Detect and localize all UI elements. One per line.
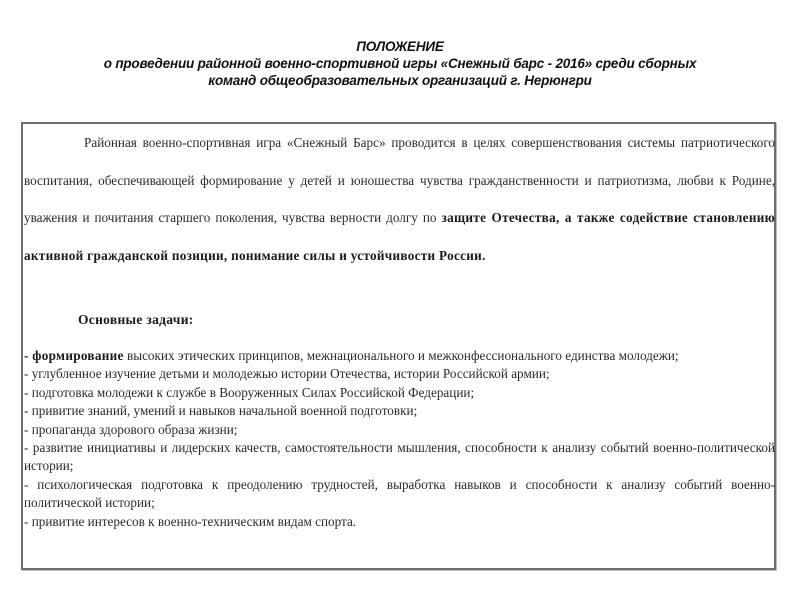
- task-text: - привитие знаний, умений и навыков нача…: [24, 403, 417, 418]
- list-item: - привитие знаний, умений и навыков нача…: [24, 402, 775, 420]
- document-subtitle-line-1: о проведении районной военно-спортивной …: [0, 55, 800, 72]
- tasks-heading: Основные задачи:: [78, 310, 194, 330]
- task-text: - пропаганда здорового образа жизни;: [24, 422, 237, 437]
- task-text: - подготовка молодежи к службе в Вооруже…: [24, 385, 474, 400]
- document-header: ПОЛОЖЕНИЕ о проведении районной военно-с…: [0, 38, 800, 89]
- list-item: - формирование высоких этических принцип…: [24, 347, 775, 365]
- task-text: высоких этических принципов, межнационал…: [124, 348, 679, 363]
- intro-paragraph: Районная военно-спортивная игра «Снежный…: [24, 124, 775, 274]
- tasks-list: - формирование высоких этических принцип…: [24, 347, 775, 531]
- task-text: - развитие инициативы и лидерских качест…: [24, 440, 775, 473]
- document-subtitle-line-2: команд общеобразовательных организаций г…: [0, 72, 800, 89]
- list-item: - привитие интересов к военно-технически…: [24, 513, 775, 531]
- document-title: ПОЛОЖЕНИЕ: [0, 38, 800, 55]
- list-item: - углубленное изучение детьми и молодежь…: [24, 365, 775, 383]
- task-lead: - формирование: [24, 348, 124, 363]
- task-text: - психологическая подготовка к преодолен…: [24, 477, 775, 510]
- list-item: - развитие инициативы и лидерских качест…: [24, 439, 775, 476]
- task-text: - углубленное изучение детьми и молодежь…: [24, 366, 550, 381]
- list-item: - психологическая подготовка к преодолен…: [24, 476, 775, 513]
- list-item: - пропаганда здорового образа жизни;: [24, 421, 775, 439]
- task-text: - привитие интересов к военно-технически…: [24, 514, 356, 529]
- list-item: - подготовка молодежи к службе в Вооруже…: [24, 384, 775, 402]
